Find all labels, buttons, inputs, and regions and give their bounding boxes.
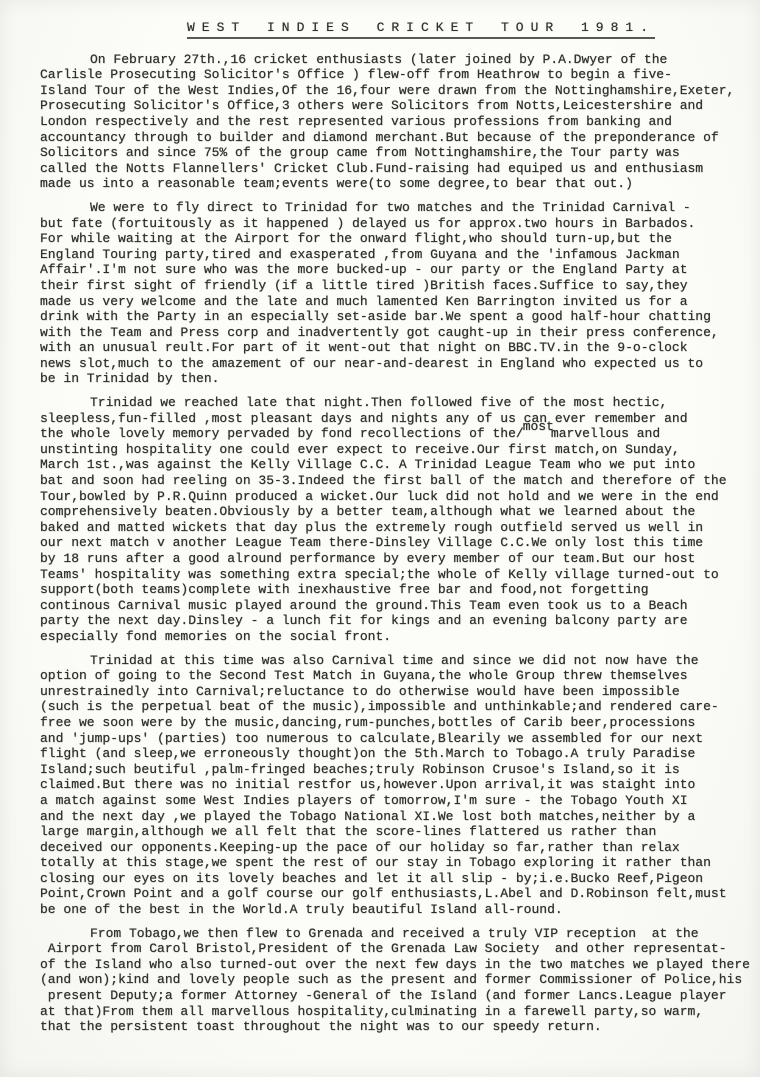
text-line: at that)From them all marvellous hospita… bbox=[40, 1004, 750, 1020]
text-line: Carlisle Prosecuting Solicitor's Office … bbox=[40, 67, 750, 83]
document-body: On February 27th.,16 cricket enthusiasts… bbox=[40, 52, 750, 1035]
text-line: called the Notts Flannellers' Cricket Cl… bbox=[40, 161, 750, 177]
text-line: claimed.But there was no initial restfor… bbox=[40, 777, 750, 793]
text-line: party the next day.Dinsley - a lunch fit… bbox=[40, 613, 750, 629]
text-line: Island Tour of the West Indies,Of the 16… bbox=[40, 83, 750, 99]
text-line: totally at this stage,we spent the rest … bbox=[40, 855, 750, 871]
text-line: the whole lovely memory pervaded by fond… bbox=[40, 426, 750, 442]
text-segment: the whole lovely memory pervaded by fond… bbox=[40, 426, 524, 441]
text-line: Tour,bowled by P.R.Quinn produced a wick… bbox=[40, 489, 750, 505]
text-line: Prosecuting Solicitor's Office,3 others … bbox=[40, 98, 750, 114]
text-line: a match against some West Indies players… bbox=[40, 793, 750, 809]
text-line: their first sight of friendly (if a litt… bbox=[40, 278, 750, 294]
text-line: by 18 runs after a good alround performa… bbox=[40, 551, 750, 567]
text-line: Point,Crown Point and a golf course our … bbox=[40, 886, 750, 902]
text-line: England Touring party,tired and exaspera… bbox=[40, 247, 750, 263]
text-line: large margin,although we all felt that t… bbox=[40, 824, 750, 840]
scanned-document-page: WEST INDIES CRICKET TOUR 1981. On Februa… bbox=[0, 0, 760, 1077]
text-line: our next match v another League Team the… bbox=[40, 535, 750, 551]
text-line: unrestrainedly into Carnival;reluctance … bbox=[40, 684, 750, 700]
document-content: WEST INDIES CRICKET TOUR 1981. On Februa… bbox=[0, 0, 760, 1035]
text-line: drink with the Party in an especially se… bbox=[40, 309, 750, 325]
document-title: WEST INDIES CRICKET TOUR 1981. bbox=[187, 20, 655, 39]
text-line: sleepless,fun-filled ,most pleasant days… bbox=[40, 411, 750, 427]
text-line: Trinidad we reached late that night.Then… bbox=[40, 395, 750, 411]
text-line: (and won);kind and lovely people such as… bbox=[40, 972, 750, 988]
text-line: bat and soon had reeling on 35-3.Indeed … bbox=[40, 473, 750, 489]
text-line: be in Trinidad by then. bbox=[40, 371, 750, 387]
text-line: From Tobago,we then flew to Grenada and … bbox=[40, 926, 750, 942]
title-row: WEST INDIES CRICKET TOUR 1981. bbox=[40, 20, 750, 39]
paragraph: On February 27th.,16 cricket enthusiasts… bbox=[40, 52, 750, 192]
text-line: London respectively and the rest represe… bbox=[40, 114, 750, 130]
text-line: Airport from Carol Bristol,President of … bbox=[40, 941, 750, 957]
text-line: unstinting hospitality one could ever ex… bbox=[40, 442, 750, 458]
text-line: We were to fly direct to Trinidad for tw… bbox=[40, 200, 750, 216]
text-line: comprehensively beaten.Obviously by a be… bbox=[40, 504, 750, 520]
text-line: deceived our opponents.Keeping-up the pa… bbox=[40, 840, 750, 856]
text-line: Solicitors and since 75% of the group ca… bbox=[40, 145, 750, 161]
text-line: especially fond memories on the social f… bbox=[40, 629, 750, 645]
text-line: (such is the perpetual beat of the music… bbox=[40, 699, 750, 715]
text-segment: marvellous and bbox=[551, 426, 660, 441]
text-line: option of going to the Second Test Match… bbox=[40, 668, 750, 684]
text-line: accountancy through to builder and diamo… bbox=[40, 130, 750, 146]
text-line: made us into a reasonable team;events we… bbox=[40, 176, 750, 192]
text-line: Teams' hospitality was something extra s… bbox=[40, 567, 750, 583]
paragraph: From Tobago,we then flew to Grenada and … bbox=[40, 926, 750, 1035]
text-line: free we soon were by the music,dancing,r… bbox=[40, 715, 750, 731]
text-line: with the Team and Press corp and inadver… bbox=[40, 325, 750, 341]
text-line: flight (and sleep,we erroneously thought… bbox=[40, 746, 750, 762]
text-line: and the next day ,we played the Tobago N… bbox=[40, 809, 750, 825]
text-line: Affair'.I'm not sure who was the more bu… bbox=[40, 262, 750, 278]
text-line: Island;such beutiful ,palm-fringed beach… bbox=[40, 762, 750, 778]
text-line: news slot,much to the amazement of our n… bbox=[40, 356, 750, 372]
text-line: made us very welcome and the late and mu… bbox=[40, 294, 750, 310]
paragraph: We were to fly direct to Trinidad for tw… bbox=[40, 200, 750, 387]
text-line: but fate (fortuitously as it happened ) … bbox=[40, 216, 750, 232]
text-line: closing our eyes on its lovely beaches a… bbox=[40, 871, 750, 887]
text-line: baked and matted wickets that day plus t… bbox=[40, 520, 750, 536]
text-line: support(both teams)complete with inexhau… bbox=[40, 582, 750, 598]
text-line: with an unusual reult.For part of it wen… bbox=[40, 340, 750, 356]
text-line: continous Carnival music played around t… bbox=[40, 598, 750, 614]
text-line: of the Island who also turned-out over t… bbox=[40, 957, 750, 973]
paragraph: Trinidad we reached late that night.Then… bbox=[40, 395, 750, 645]
text-line: and 'jump-ups' (parties) too numerous to… bbox=[40, 731, 750, 747]
text-line: be one of the best in the World.A truly … bbox=[40, 902, 750, 918]
paragraph: Trinidad at this time was also Carnival … bbox=[40, 653, 750, 918]
text-line: Trinidad at this time was also Carnival … bbox=[40, 653, 750, 669]
text-line: present Deputy;a former Attorney -Genera… bbox=[40, 988, 750, 1004]
text-line: For while waiting at the Airport for the… bbox=[40, 231, 750, 247]
text-line: On February 27th.,16 cricket enthusiasts… bbox=[40, 52, 750, 68]
text-line: March 1st.,was against the Kelly Village… bbox=[40, 457, 750, 473]
inserted-word-above-line: most bbox=[523, 419, 554, 435]
text-line: that the persistent toast throughout the… bbox=[40, 1019, 750, 1035]
